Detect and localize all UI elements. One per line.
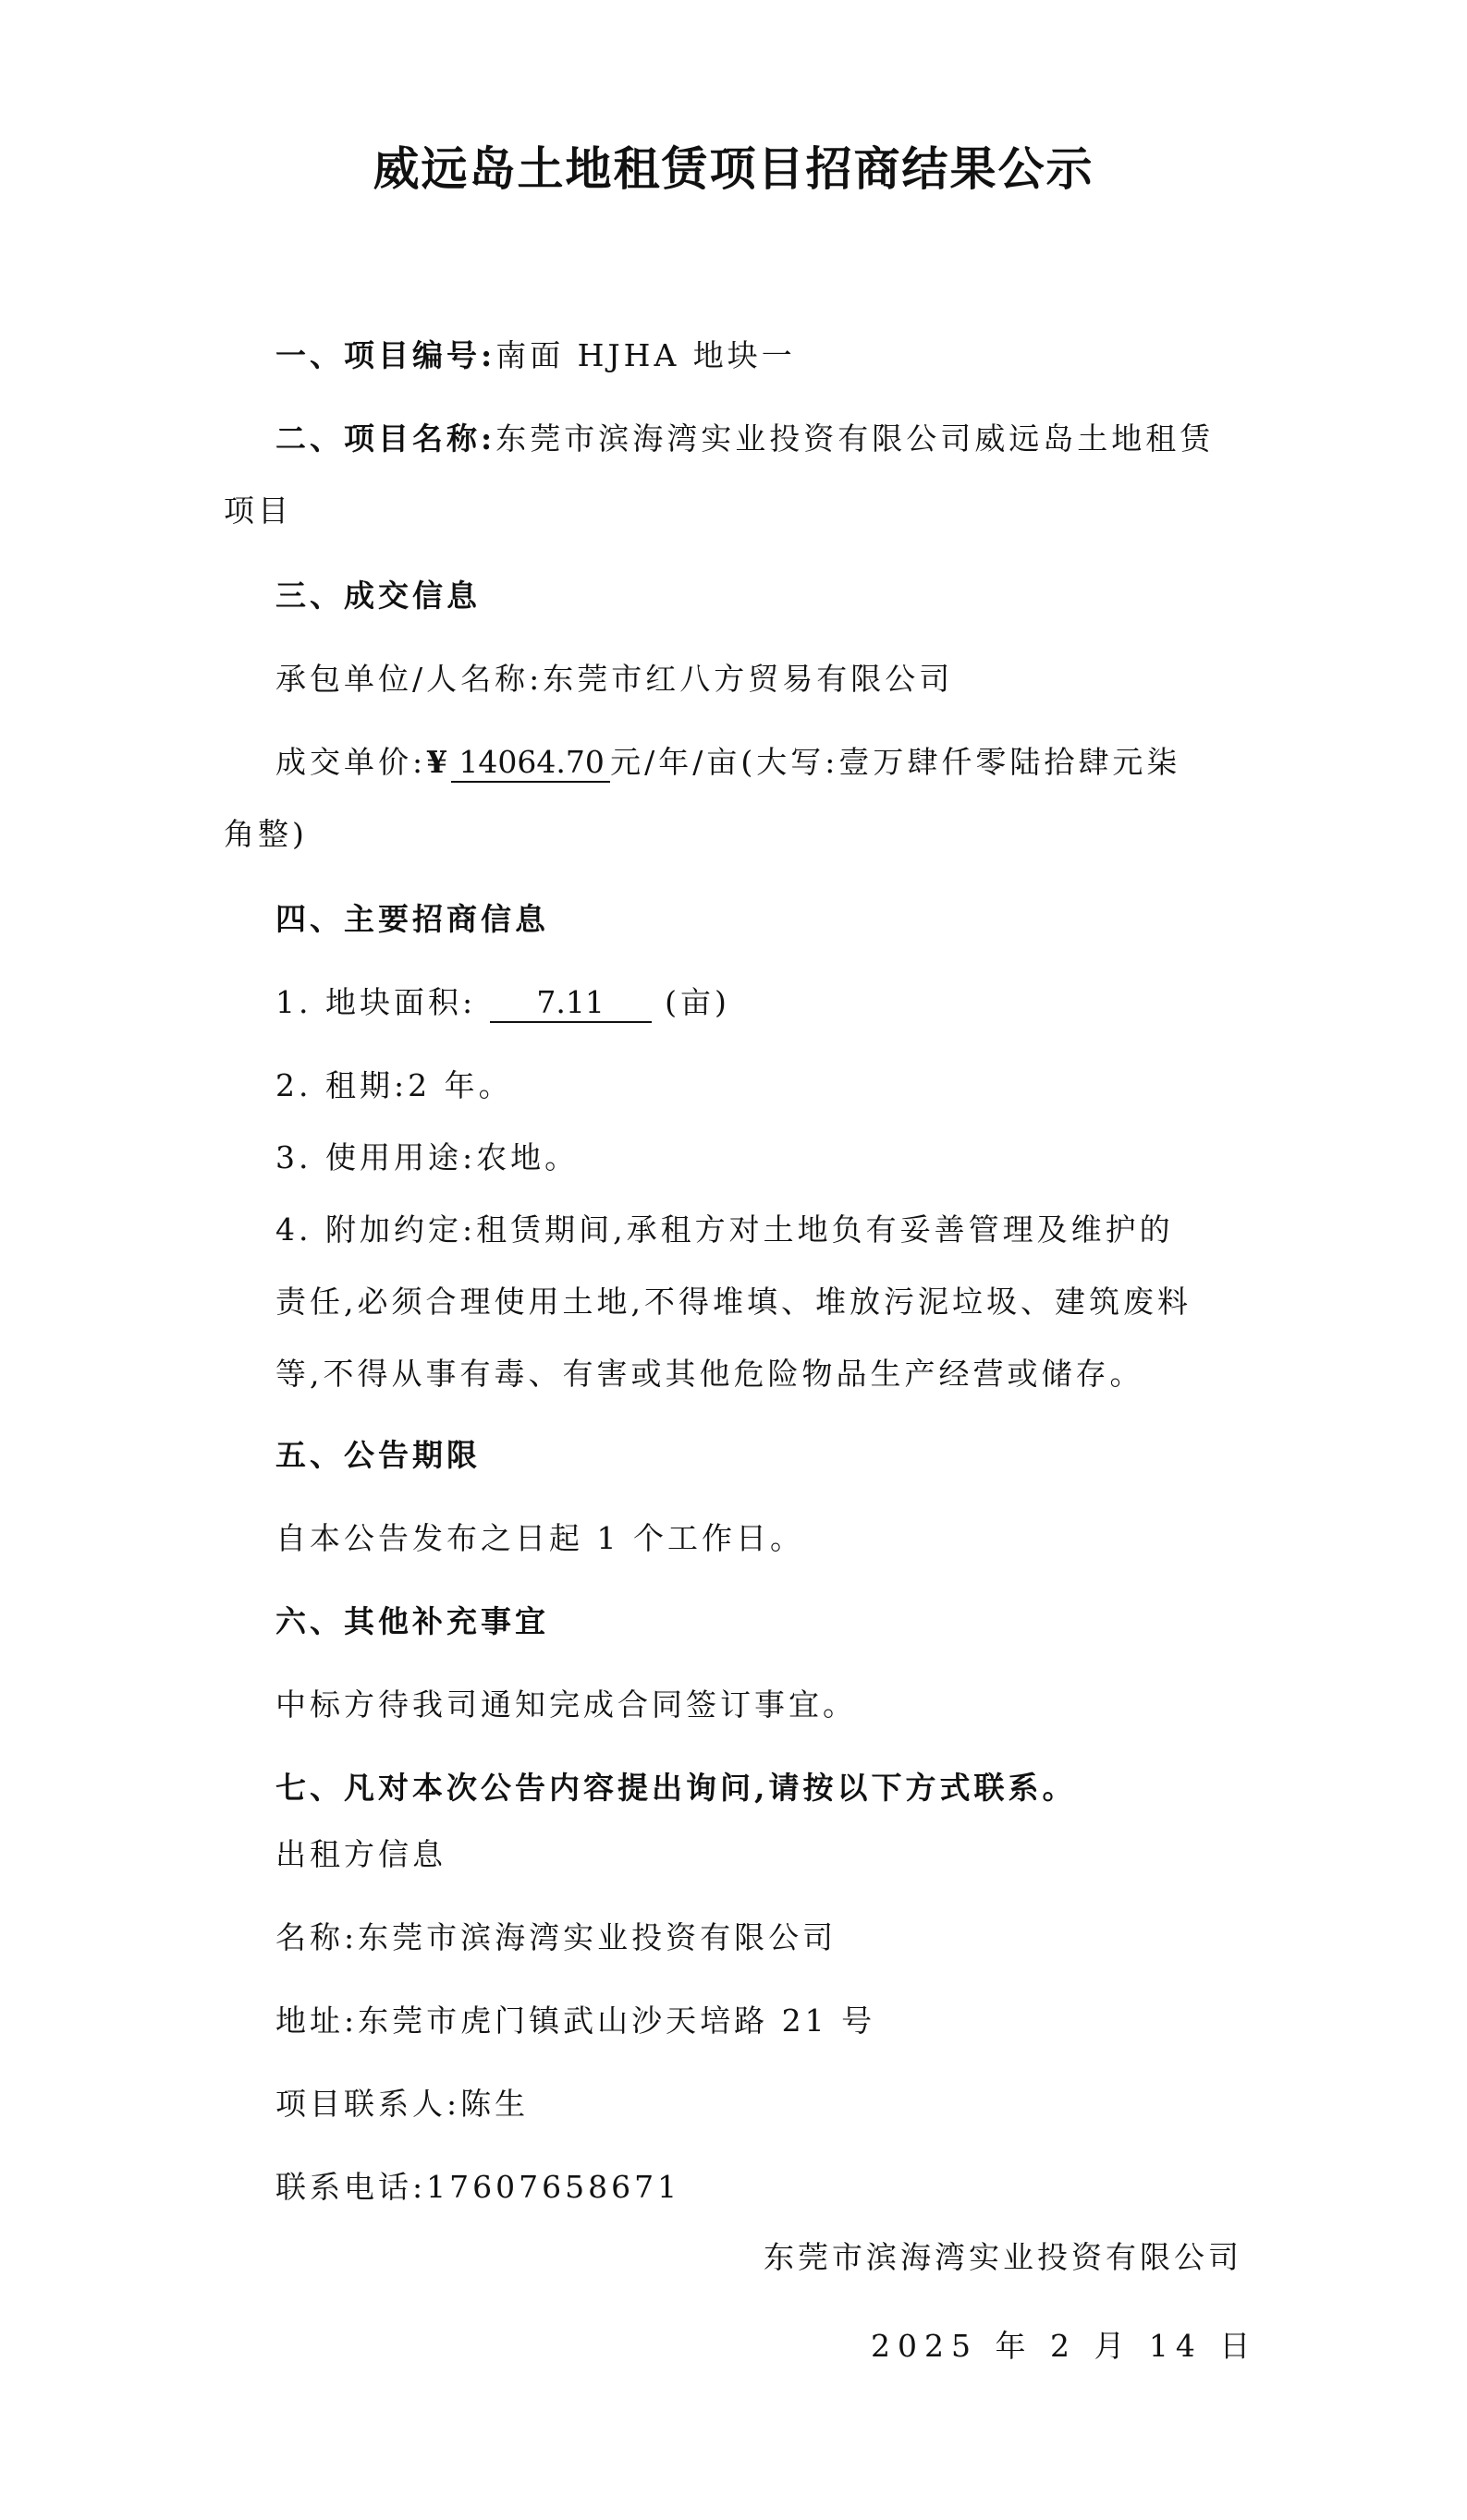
other-matters-heading: 六、其他补充事宜 — [275, 1601, 1241, 1643]
project-name-label: 二、项目名称: — [275, 420, 495, 457]
contractor-line: 承包单位/人名称:东莞市红八方贸易有限公司 — [275, 658, 1241, 700]
lessor-info-heading: 出租方信息 — [275, 1833, 1241, 1876]
project-number-value: 南面 HJHA 地块一 — [495, 337, 796, 373]
unit-price-unit: 元/年/亩(大写:壹万肆仟零陆拾肆元柒 — [610, 744, 1180, 780]
contractor-value: 东莞市红八方贸易有限公司 — [543, 661, 953, 697]
project-number-label: 一、项目编号: — [275, 337, 495, 373]
currency-symbol: ¥ — [426, 744, 451, 780]
contact-heading: 七、凡对本次公告内容提出询问,请按以下方式联系。 — [275, 1767, 1241, 1809]
unit-price-line: 成交单价:¥14064.70元/年/亩(大写:壹万肆仟零陆拾肆元柒 — [275, 741, 1241, 784]
project-name-value: 东莞市滨海湾实业投资有限公司威远岛土地租赁 — [495, 420, 1214, 457]
additional-terms-line-2: 责任,必须合理使用土地,不得堆填、堆放污泥垃圾、建筑废料 — [275, 1281, 1241, 1323]
main-info-heading: 四、主要招商信息 — [275, 898, 1241, 941]
contact-phone: 联系电话:17607658671 — [275, 2166, 1241, 2209]
document-title: 威远岛土地租赁项目招商结果公示 — [0, 137, 1467, 201]
document-page: 威远岛土地租赁项目招商结果公示 一、项目编号:南面 HJHA 地块一 二、项目名… — [0, 0, 1467, 2520]
unit-price-label: 成交单价: — [275, 744, 426, 780]
notice-period-text: 自本公告发布之日起 1 个工作日。 — [275, 1517, 1241, 1560]
land-use-line: 3. 使用用途:农地。 — [275, 1137, 1241, 1179]
contractor-label: 承包单位/人名称: — [275, 661, 543, 697]
project-number-line: 一、项目编号:南面 HJHA 地块一 — [275, 335, 1241, 377]
additional-terms-line-3: 等,不得从事有毒、有害或其他危险物品生产经营或储存。 — [275, 1353, 1241, 1395]
lessor-address: 地址:东莞市虎门镇武山沙天培路 21 号 — [275, 2000, 1241, 2042]
project-name-continuation: 项目 — [224, 490, 1190, 532]
plot-area-label: 1. 地块面积: — [275, 984, 476, 1020]
additional-terms-line-1: 4. 附加约定:租赁期间,承租方对土地负有妥善管理及维护的 — [275, 1209, 1241, 1251]
other-matters-text: 中标方待我司通知完成合同签订事宜。 — [275, 1684, 1241, 1726]
signature-date: 2025 年 2 月 14 日 — [871, 2325, 1257, 2368]
unit-price-continuation: 角整) — [224, 813, 1190, 856]
signature-company: 东莞市滨海湾实业投资有限公司 — [764, 2236, 1242, 2279]
deal-info-heading: 三、成交信息 — [275, 575, 1241, 617]
plot-area-line: 1. 地块面积: 7.11 (亩) — [275, 981, 1241, 1024]
plot-area-unit: (亩) — [665, 984, 730, 1020]
project-name-line: 二、项目名称:东莞市滨海湾实业投资有限公司威远岛土地租赁 — [275, 418, 1241, 460]
notice-period-heading: 五、公告期限 — [275, 1434, 1241, 1477]
lease-term-line: 2. 租期:2 年。 — [275, 1065, 1241, 1107]
lessor-name: 名称:东莞市滨海湾实业投资有限公司 — [275, 1917, 1241, 1959]
contact-person: 项目联系人:陈生 — [275, 2083, 1241, 2125]
unit-price-value: 14064.70 — [451, 744, 610, 783]
plot-area-value: 7.11 — [490, 984, 652, 1023]
